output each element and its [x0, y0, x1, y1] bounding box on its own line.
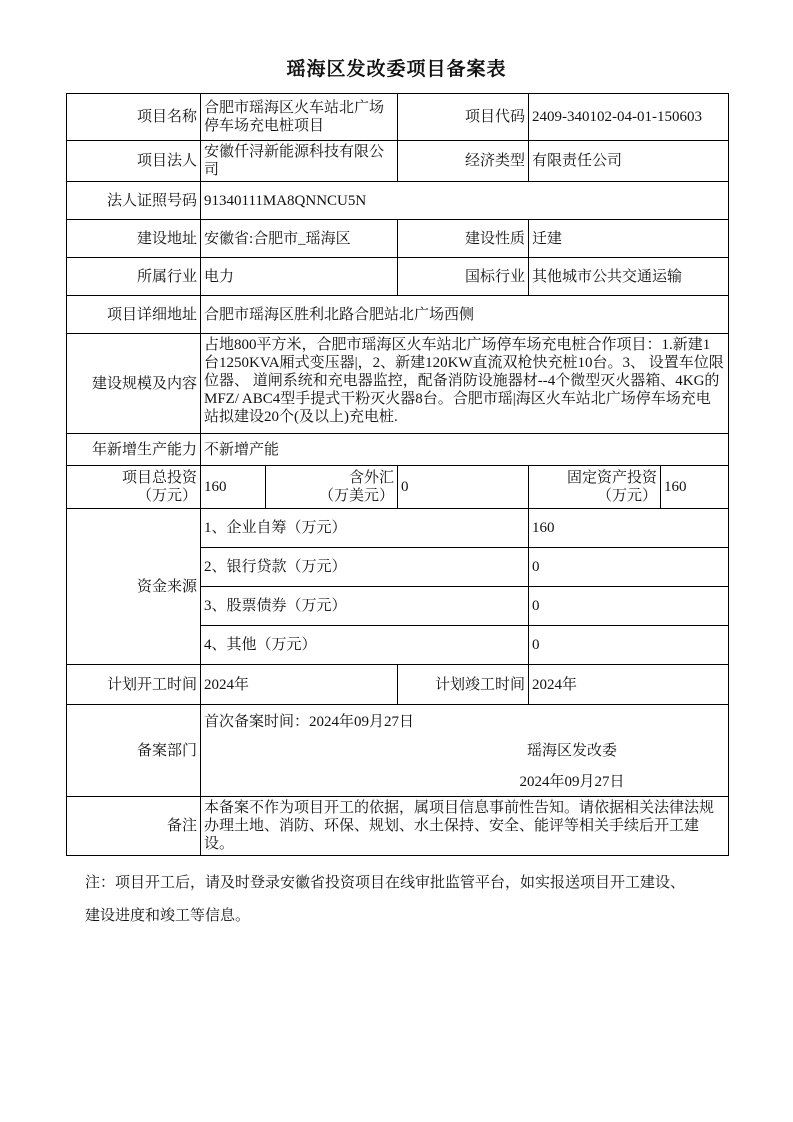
- industry-label: 所属行业: [67, 258, 201, 296]
- row-remarks: 备注 本备案不作为项目开工的依据，属项目信息事前性告知。请依据相关法律法规办理土…: [67, 797, 729, 856]
- total-investment-label: 项目总投资 （万元）: [67, 466, 201, 509]
- license-no-label: 法人证照号码: [67, 182, 201, 220]
- funding-item-value: 0: [529, 587, 729, 626]
- row-filing-department: 备案部门 首次备案时间：2024年09月27日 瑶海区发改委 2024年09月2…: [67, 705, 729, 797]
- fixed-assets-label: 固定资产投资 （万元）: [529, 466, 661, 509]
- industry-value: 电力: [201, 258, 398, 296]
- project-code-label: 项目代码: [398, 94, 529, 141]
- build-address-value: 安徽省:合肥市_瑶海区: [201, 220, 398, 258]
- row-build-address: 建设地址 安徽省:合肥市_瑶海区 建设性质 迁建: [67, 220, 729, 258]
- row-license-no: 法人证照号码 91340111MA8QNNCU5N: [67, 182, 729, 220]
- scale-content-value: 占地800平方米，合肥市瑶海区火车站北广场停车场充电桩合作项目：1.新建1台12…: [201, 334, 729, 434]
- funding-item-name: 4、其他（万元）: [201, 626, 529, 665]
- new-capacity-label: 年新增生产能力: [67, 434, 201, 466]
- row-legal-person: 项目法人 安徽仟浔新能源科技有限公司 经济类型 有限责任公司: [67, 141, 729, 182]
- detail-address-value: 合肥市瑶海区胜利北路合肥站北广场西侧: [201, 296, 729, 334]
- detail-address-label: 项目详细地址: [67, 296, 201, 334]
- funding-item-name: 3、股票债券（万元）: [201, 587, 529, 626]
- legal-person-value: 安徽仟浔新能源科技有限公司: [201, 141, 398, 182]
- planned-completion-label: 计划竣工时间: [398, 665, 529, 705]
- funding-item-name: 1、企业自筹（万元）: [201, 509, 529, 548]
- funding-source-label: 资金来源: [67, 509, 201, 665]
- remarks-label: 备注: [67, 797, 201, 856]
- row-industry: 所属行业 电力 国标行业 其他城市公共交通运输: [67, 258, 729, 296]
- fixed-assets-value: 160: [661, 466, 729, 509]
- economic-type-value: 有限责任公司: [529, 141, 729, 182]
- filing-authority: 瑶海区发改委: [467, 742, 677, 760]
- first-filing-time: 首次备案时间：2024年09月27日: [204, 713, 725, 731]
- funding-item-value: 0: [529, 626, 729, 665]
- project-code-value: 2409-340102-04-01-150603: [529, 94, 729, 141]
- planned-completion-value: 2024年: [529, 665, 729, 705]
- funding-item-value: 0: [529, 548, 729, 587]
- foreign-exchange-value: 0: [398, 466, 529, 509]
- total-investment-value: 160: [201, 466, 266, 509]
- row-new-capacity: 年新增生产能力 不新增产能: [67, 434, 729, 466]
- row-schedule: 计划开工时间 2024年 计划竣工时间 2024年: [67, 665, 729, 705]
- build-nature-value: 迁建: [529, 220, 729, 258]
- filing-date: 2024年09月27日: [467, 773, 677, 791]
- planned-start-value: 2024年: [201, 665, 398, 705]
- project-name-label: 项目名称: [67, 94, 201, 141]
- filing-department-cell: 首次备案时间：2024年09月27日 瑶海区发改委 2024年09月27日: [201, 705, 729, 797]
- build-address-label: 建设地址: [67, 220, 201, 258]
- filing-department-label: 备案部门: [67, 705, 201, 797]
- national-industry-value: 其他城市公共交通运输: [529, 258, 729, 296]
- remarks-value: 本备案不作为项目开工的依据，属项目信息事前性告知。请依据相关法律法规办理土地、消…: [201, 797, 729, 856]
- new-capacity-value: 不新增产能: [201, 434, 729, 466]
- row-scale-content: 建设规模及内容 占地800平方米，合肥市瑶海区火车站北广场停车场充电桩合作项目：…: [67, 334, 729, 434]
- national-industry-label: 国标行业: [398, 258, 529, 296]
- project-name-value: 合肥市瑶海区火车站北广场停车场充电桩项目: [201, 94, 398, 141]
- legal-person-label: 项目法人: [67, 141, 201, 182]
- planned-start-label: 计划开工时间: [67, 665, 201, 705]
- filing-table: 项目名称 合肥市瑶海区火车站北广场停车场充电桩项目 项目代码 2409-3401…: [66, 93, 729, 856]
- footnote: 注：项目开工后，请及时登录安徽省投资项目在线审批监管平台，如实报送项目开工建设、…: [85, 867, 733, 933]
- funding-item-name: 2、银行贷款（万元）: [201, 548, 529, 587]
- row-project-name: 项目名称 合肥市瑶海区火车站北广场停车场充电桩项目 项目代码 2409-3401…: [67, 94, 729, 141]
- row-investment: 项目总投资 （万元） 160 含外汇 （万美元） 0 固定资产投资 （万元） 1…: [67, 466, 729, 509]
- license-no-value: 91340111MA8QNNCU5N: [201, 182, 729, 220]
- row-funding-1: 资金来源 1、企业自筹（万元） 160: [67, 509, 729, 548]
- foreign-exchange-label: 含外汇 （万美元）: [266, 466, 398, 509]
- funding-item-value: 160: [529, 509, 729, 548]
- page-title: 瑶海区发改委项目备案表: [0, 58, 793, 82]
- economic-type-label: 经济类型: [398, 141, 529, 182]
- scale-content-label: 建设规模及内容: [67, 334, 201, 434]
- row-detail-address: 项目详细地址 合肥市瑶海区胜利北路合肥站北广场西侧: [67, 296, 729, 334]
- build-nature-label: 建设性质: [398, 220, 529, 258]
